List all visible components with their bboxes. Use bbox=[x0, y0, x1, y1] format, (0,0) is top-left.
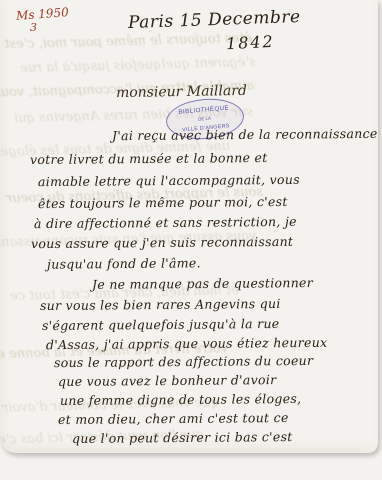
letter-page: êtes toujours le même pour moi, c'est s'… bbox=[0, 0, 378, 453]
dateline-place-date: Paris 15 Decembre bbox=[128, 7, 301, 33]
body-line: et mon dieu, cher ami c'est tout ce bbox=[58, 410, 289, 427]
shelfmark: Ms 1950 3 bbox=[16, 8, 69, 33]
body-line: jusqu'au fond de l'âme. bbox=[47, 255, 201, 271]
stamp-line-1: BIBLIOTHÈQUE bbox=[179, 105, 230, 116]
body-line: J'ai reçu avec bien de la reconnaissance bbox=[112, 126, 378, 143]
body-line: Je ne manque pas de questionner bbox=[92, 275, 313, 292]
stamp-line-2: DE LA bbox=[198, 116, 211, 121]
bleed-through-line: s'égarent quelquefois jusqu'à la rue bbox=[20, 55, 256, 76]
shelfmark-number: Ms 1950 bbox=[16, 6, 70, 22]
body-line: sous le rapport des affections du coeur bbox=[54, 353, 313, 370]
body-line: aimable lettre qui l'accompagnait, vous bbox=[38, 172, 300, 189]
body-line: votre livret du musée et la bonne et bbox=[30, 150, 268, 167]
body-line: une femme digne de tous les éloges, bbox=[60, 391, 301, 408]
body-line: vous assure que j'en suis reconnaissant bbox=[31, 234, 293, 251]
body-line: d'Assas, j'ai appris que vous étiez heur… bbox=[46, 335, 327, 352]
body-line: êtes toujours le même pour moi, c'est bbox=[38, 194, 288, 211]
body-line: que l'on peut désirer ici bas c'est bbox=[72, 429, 293, 446]
body-line: s'égarent quelquefois jusqu'à la rue bbox=[42, 316, 280, 333]
shelfmark-folio: 3 bbox=[30, 22, 69, 33]
salutation: monsieur Maillard bbox=[116, 83, 247, 101]
bleed-through-line: êtes toujours le même pour moi, c'est bbox=[4, 31, 252, 52]
dateline-year: 1842 bbox=[226, 32, 276, 54]
body-line: à dire affectionné et sans restriction, … bbox=[34, 214, 297, 231]
letter-scan: êtes toujours le même pour moi, c'est s'… bbox=[0, 0, 382, 480]
body-line: que vous avez le bonheur d'avoir bbox=[58, 372, 276, 389]
body-line: sur vous les bien rares Angevins qui bbox=[40, 296, 281, 313]
